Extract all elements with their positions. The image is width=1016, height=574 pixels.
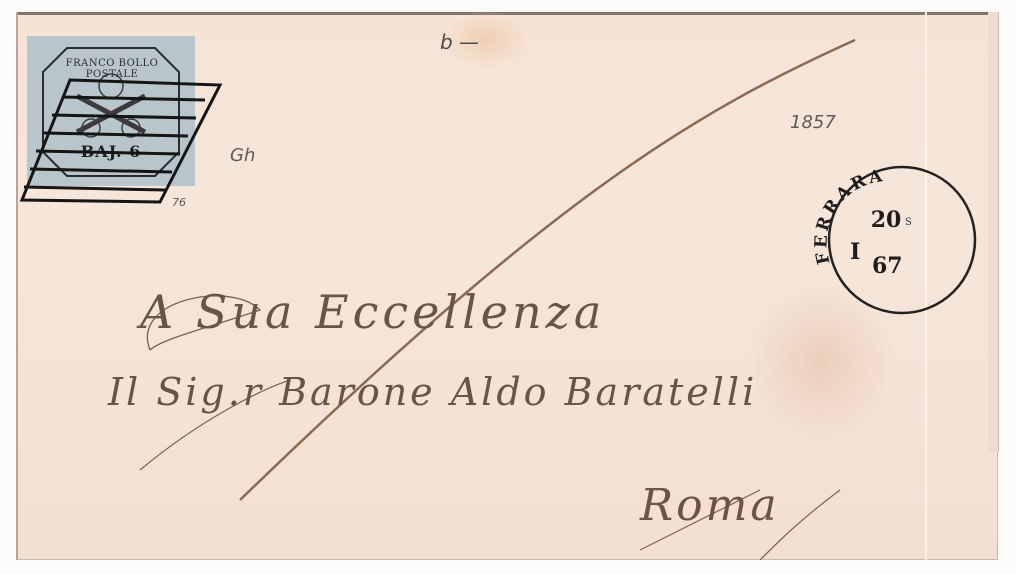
postmark: FERRARA 20 S I 67 bbox=[812, 155, 960, 305]
address-city: Roma bbox=[640, 480, 780, 531]
pencil-mark: b — bbox=[440, 30, 479, 54]
address-line-2: Il Sig.r Barone Aldo Baratelli bbox=[108, 370, 757, 414]
address-line-1: A Sua Eccellenza bbox=[140, 285, 605, 339]
grid-cancel-icon bbox=[22, 80, 220, 202]
postmark-time: S bbox=[905, 217, 912, 228]
postmark-day: 20 bbox=[812, 207, 960, 233]
pencil-initials: Gh bbox=[230, 145, 255, 166]
pencil-year-note: 1857 bbox=[790, 112, 836, 133]
pencil-number: 76 bbox=[172, 196, 186, 209]
postmark-year: 67 bbox=[872, 253, 903, 279]
postmark-month: I bbox=[850, 239, 860, 265]
